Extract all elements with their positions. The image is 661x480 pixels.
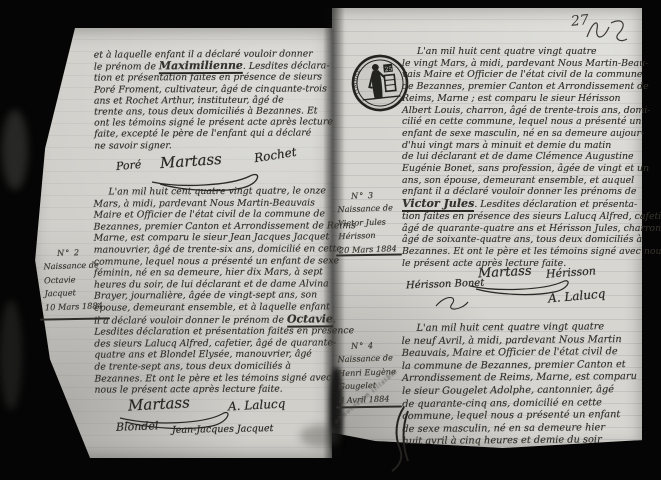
signature-maire: Martass (128, 393, 191, 414)
handwritten-line: cilié en cette commune, lequel nous a pr… (402, 116, 640, 128)
scan-smudge (0, 300, 22, 410)
handwritten-line: de lui déclarant et de dame Clémence Aug… (402, 151, 640, 163)
record-3-text: L'an mil huit cent quatre vingt quatrele… (402, 46, 640, 269)
handwritten-line: enfant de sexe masculin, né en sa demeur… (402, 128, 640, 140)
handwritten-line: le sieur Gougelet Adolphe, cantonnier, â… (402, 384, 640, 399)
handwritten-line: âgé de soixante-quatre ans, tous deux do… (402, 234, 640, 246)
register-scan: 27 TIMBRE 25 et à laquelle enfant il a d… (0, 0, 661, 480)
signature-maire: Martass (478, 264, 532, 282)
underlined-child-name: Victor Jules (402, 197, 474, 212)
handwritten-line: tion faites en présence des sieurs Laluc… (402, 211, 640, 223)
stamp-denomination: 25 (384, 66, 393, 74)
handwritten-line: Albert Louis, charron, âgé de trente-tro… (402, 105, 640, 117)
scan-smudge (2, 110, 28, 190)
folio-number: 27 (570, 12, 589, 30)
handwritten-line: âgé de quarante-quatre ans et Hérisson J… (402, 223, 640, 235)
handwritten-line: L'an mil huit cent quatre vingt quatre (402, 46, 640, 58)
handwritten-line: manouvrier, âgé de trente-six ans, domic… (94, 243, 328, 256)
handwritten-line: vais Maire et Officier de l'état civil d… (402, 69, 640, 81)
handwritten-line: Victor Jules. Lesdites déclaration et pr… (402, 198, 640, 211)
signature-pore: Poré (115, 158, 141, 173)
handwritten-line: Eugénie Bonet, sans profession, âgée de … (402, 163, 640, 175)
handwritten-line: Bezannes. Et ont le père et les témoins … (402, 246, 640, 258)
handwritten-line: Bezannes. Et ont le père et les témoins … (94, 372, 328, 385)
record-4-text: L'an mil huit cent quatre vingt quatrele… (401, 321, 640, 449)
record-1-text: et à laquelle enfant il a déclaré vouloi… (94, 48, 327, 151)
scan-smudge (300, 425, 340, 447)
handwritten-line: Lesdites déclaration et présentation fai… (94, 326, 328, 339)
handwritten-line: Maire et Officier de l'état civil de la … (94, 209, 328, 222)
signature-blondel: Blondel (116, 419, 159, 433)
handwritten-line: de Bezannes, premier Canton et Arrondiss… (402, 81, 640, 93)
handwritten-line: nous le présent acte après lecture faite… (94, 383, 328, 396)
handwritten-line: L'an mil huit cent quatre vingt quatre, … (93, 185, 327, 198)
signature-jacquet: Jean-Jacques Jacquet (172, 423, 274, 436)
record-2-text: L'an mil huit cent quatre vingt quatre, … (93, 185, 328, 396)
handwritten-line: faite, excepté le père de l'enfant qui a… (94, 128, 326, 140)
handwritten-line: Reims, Marne ; est comparu le sieur Héri… (402, 93, 640, 105)
handwritten-line: huit avril à cinq heures et demie du soi… (402, 434, 640, 449)
handwritten-line: ans, son épouse, demeurant ensemble, et … (402, 175, 640, 187)
signature-lalucq: A. Lalucq (228, 397, 286, 414)
margin-note-record-3: N° 3Naissance deVictor JulesHérisson20 M… (337, 188, 411, 258)
handwritten-line: Poré Froment, cultivateur, âgé de cinqua… (94, 83, 326, 95)
handwritten-line: tion et présentation faites en présence … (94, 72, 326, 84)
handwritten-line: d'hui vingt mars à minuit et demie du ma… (402, 140, 640, 152)
handwritten-line: féminin, né en sa demeure, hier dix Mars… (94, 267, 328, 280)
handwritten-line: quatre ans et Blondel Elysée, manouvrier… (94, 349, 328, 362)
handwritten-line: le vingt Mars, à midi, pardevant Nous Ma… (402, 58, 640, 70)
